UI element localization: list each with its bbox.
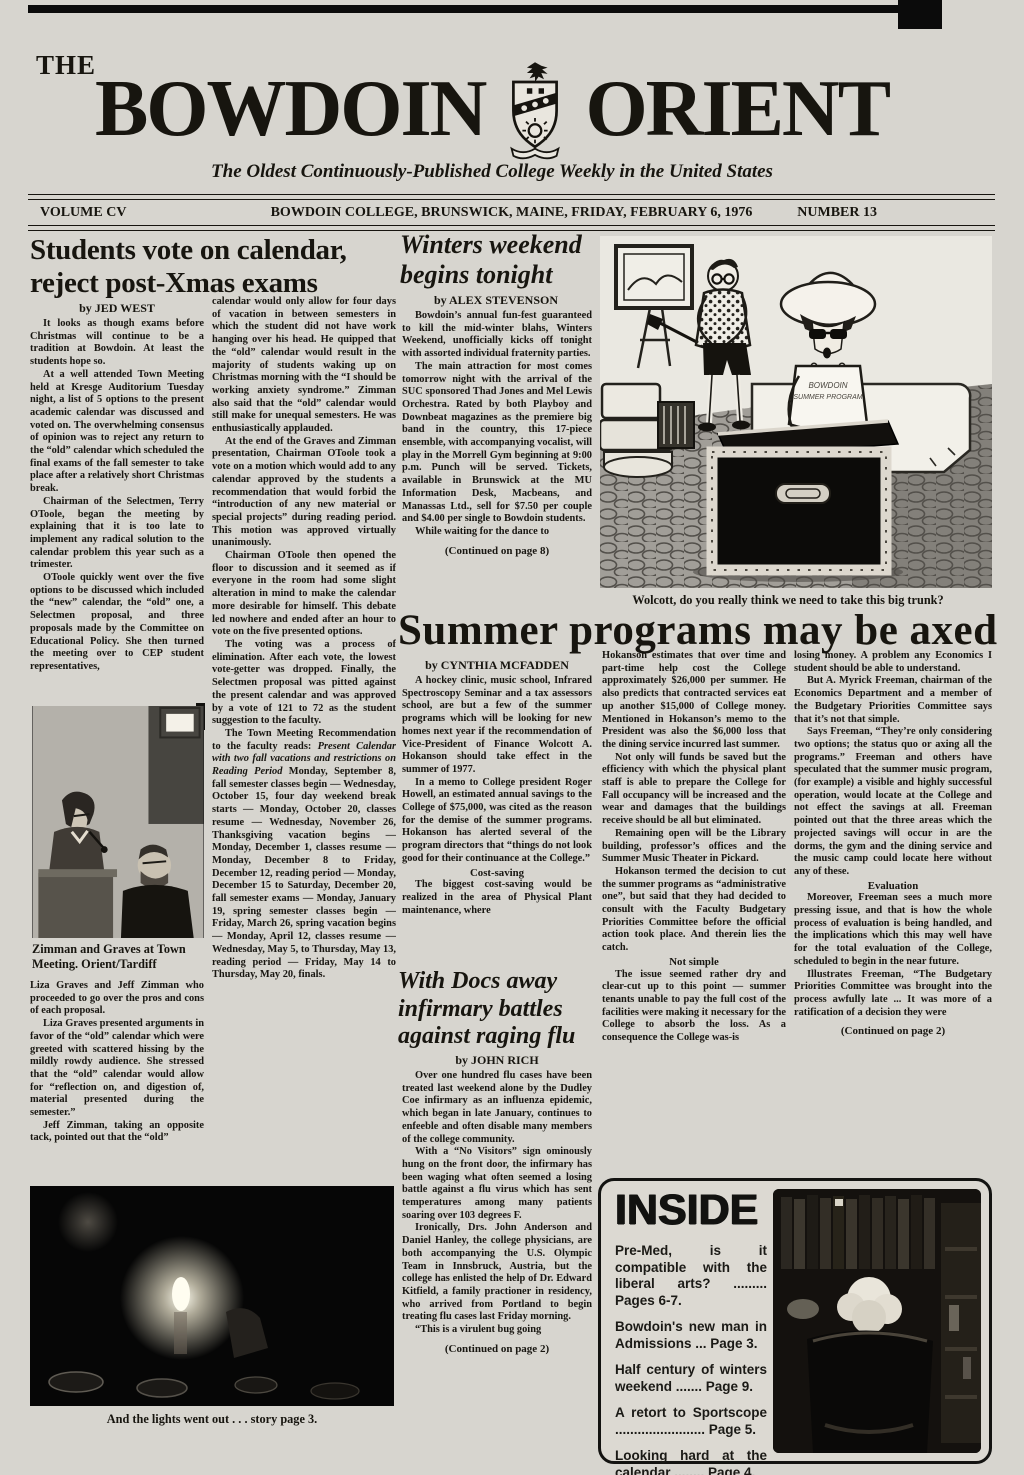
article-calendar-col1: It looks as though exams before Christma…: [30, 318, 204, 704]
masthead: BOWDOIN ORIENT: [0, 58, 984, 160]
issue-number: NUMBER 13: [797, 200, 877, 225]
inside-index-box: INSIDE Pre-Med, is it compatible with th…: [598, 1178, 992, 1464]
paragraph: Liza Graves and Jeff Zimman who proceede…: [30, 980, 204, 1018]
byline-summer: by CYNTHIA MCFADDEN: [402, 658, 592, 673]
headline-line: infirmary battles: [398, 996, 596, 1024]
paragraph: Jeff Zimman, taking an opposite tack, po…: [30, 1120, 204, 1145]
headline-line: against raging flu: [398, 1023, 596, 1051]
paragraph: At a well attended Town Meeting held at …: [30, 369, 204, 496]
masthead-title-left: BOWDOIN: [95, 69, 486, 149]
paragraph: The voting was a process of elimination.…: [212, 639, 396, 728]
paragraph: The main attraction for most comes tomor…: [402, 361, 592, 526]
article-summer-col1: A hockey clinic, music school, Infrared …: [402, 675, 592, 965]
headline-flu: With Docs away infirmary battles against…: [398, 968, 596, 1051]
recommendation-rest: Monday, September 8, fall semester class…: [212, 766, 396, 980]
shirt-text-line2: SUMMER PROGRAM: [793, 394, 862, 401]
paragraph: In a memo to College president Roger How…: [402, 777, 592, 866]
paragraph: A hockey clinic, music school, Infrared …: [402, 675, 592, 777]
paragraph: Ironically, Drs. John Anderson and Danie…: [402, 1222, 592, 1324]
paragraph: It looks as though exams before Christma…: [30, 318, 204, 369]
paragraph: “This is a virulent bug going: [402, 1324, 592, 1337]
masthead-title-right: ORIENT: [585, 69, 889, 149]
college-crest-icon: [499, 58, 571, 160]
library-photo-image: [773, 1189, 981, 1453]
headline-line: With Docs away: [398, 968, 596, 996]
byline-calendar: by JED WEST: [30, 301, 204, 316]
paragraph: Illustrates Freeman, “The Budgetary Prio…: [794, 969, 992, 1020]
paragraph: The Town Meeting Recommendation to the f…: [212, 728, 396, 982]
paragraph: Chairman of the Selectmen, Terry OToole,…: [30, 496, 204, 572]
article-calendar-col1-cont: Liza Graves and Jeff Zimman who proceede…: [30, 980, 204, 1170]
headline-winters: Winters weekend begins tonight: [400, 230, 598, 290]
headline-line: Winters weekend: [400, 230, 598, 260]
paragraph: Hokanson estimates that over time and pa…: [602, 650, 786, 752]
paragraph: Chairman OToole then opened the floor to…: [212, 550, 396, 639]
inside-item: A retort to Sportscope .................…: [615, 1405, 767, 1438]
continued-note: (Continued on page 2): [402, 1343, 592, 1356]
byline-flu: by JOHN RICH: [402, 1053, 592, 1068]
shirt-text-line1: BOWDOIN: [808, 381, 847, 390]
paragraph: losing money. A problem any Economics I …: [794, 650, 992, 675]
big-trunk: [693, 421, 903, 582]
paragraph: With a “No Visitors” sign ominously hung…: [402, 1146, 592, 1222]
caption-line: Meeting. Orient/Tardiff: [32, 957, 208, 972]
subhead-not-simple: Not simple: [602, 956, 786, 969]
paragraph: But A. Myrick Freeman, chairman of the E…: [794, 675, 992, 726]
article-flu: Over one hundred flu cases have been tre…: [402, 1070, 592, 1460]
paragraph: Bowdoin’s annual fun-fest guaranteed to …: [402, 310, 592, 361]
subhead-evaluation: Evaluation: [794, 880, 992, 893]
inside-item: Looking hard at the calendar ........ Pa…: [615, 1448, 767, 1475]
subhead-cost-saving: Cost-saving: [402, 867, 592, 880]
newspaper-front-page: THE BOWDOIN ORIENT The Oldest Continuous…: [0, 0, 1024, 1475]
paragraph: While waiting for the dance to: [402, 526, 592, 539]
inside-item: Bowdoin's new man in Admissions ... Page…: [615, 1319, 767, 1352]
inside-item: Half century of winters weekend ....... …: [615, 1362, 767, 1395]
editorial-cartoon-image: BOWDOIN SUMMER PROGRAM: [600, 236, 992, 588]
lights-out-photo-image: [30, 1186, 394, 1406]
paragraph: Not only will funds be saved but the eff…: [602, 752, 786, 828]
paragraph: The issue seemed rather dry and clear-cu…: [602, 969, 786, 1045]
paragraph: Hokanson termed the decision to cut the …: [602, 866, 786, 955]
town-meeting-photo-caption: Zimman and Graves at Town Meeting. Orien…: [32, 942, 208, 972]
paragraph: Moreover, Freeman sees a much more press…: [794, 892, 992, 968]
paragraph: OToole quickly went over the five option…: [30, 572, 204, 674]
continued-note: (Continued on page 2): [794, 1025, 992, 1038]
byline-winters: by ALEX STEVENSON: [400, 293, 592, 308]
paragraph: calendar would only allow for four days …: [212, 296, 396, 436]
scan-artifact-corner-block: [898, 0, 942, 29]
article-winters: Bowdoin’s annual fun-fest guaranteed to …: [402, 310, 592, 592]
paragraph: Liza Graves presented arguments in favor…: [30, 1018, 204, 1120]
paragraph: At the end of the Graves and Zimman pres…: [212, 436, 396, 550]
headline-line: Students vote on calendar,: [30, 234, 396, 267]
scan-artifact-top-bar: [28, 5, 910, 13]
paragraph: Says Freeman, “They’re only considering …: [794, 726, 992, 878]
town-meeting-photo-image: [32, 706, 204, 938]
lights-out-caption: And the lights went out . . . story page…: [30, 1412, 394, 1427]
editorial-cartoon: BOWDOIN SUMMER PROGRAM: [600, 236, 992, 588]
dateline-bar: VOLUME CV BOWDOIN COLLEGE, BRUNSWICK, MA…: [28, 194, 995, 231]
caption-line: Zimman and Graves at Town: [32, 942, 208, 957]
inside-item: Pre-Med, is it compatible with the liber…: [615, 1243, 767, 1309]
article-calendar-col2: calendar would only allow for four days …: [212, 296, 396, 1164]
town-meeting-photo: [32, 706, 204, 938]
article-summer-col2: Hokanson estimates that over time and pa…: [602, 650, 786, 1166]
headline-calendar: Students vote on calendar, reject post-X…: [30, 234, 396, 300]
paragraph: Remaining open will be the Library build…: [602, 828, 786, 866]
library-photo: [773, 1189, 981, 1453]
continued-note: (Continued on page 8): [402, 545, 592, 558]
paragraph: Over one hundred flu cases have been tre…: [402, 1070, 592, 1146]
paragraph: The biggest cost-saving would be realize…: [402, 879, 592, 917]
article-summer-col3: losing money. A problem any Economics I …: [794, 650, 992, 1166]
cartoon-caption: Wolcott, do you really think we need to …: [582, 593, 994, 608]
inside-index-list: INSIDE Pre-Med, is it compatible with th…: [615, 1187, 767, 1475]
lights-out-photo: [30, 1186, 394, 1406]
headline-summer: Summer programs may be axed: [398, 608, 994, 654]
inside-title: INSIDE: [615, 1187, 767, 1233]
masthead-subtitle: The Oldest Continuously-Published Colleg…: [0, 162, 984, 181]
headline-line: begins tonight: [400, 260, 598, 290]
